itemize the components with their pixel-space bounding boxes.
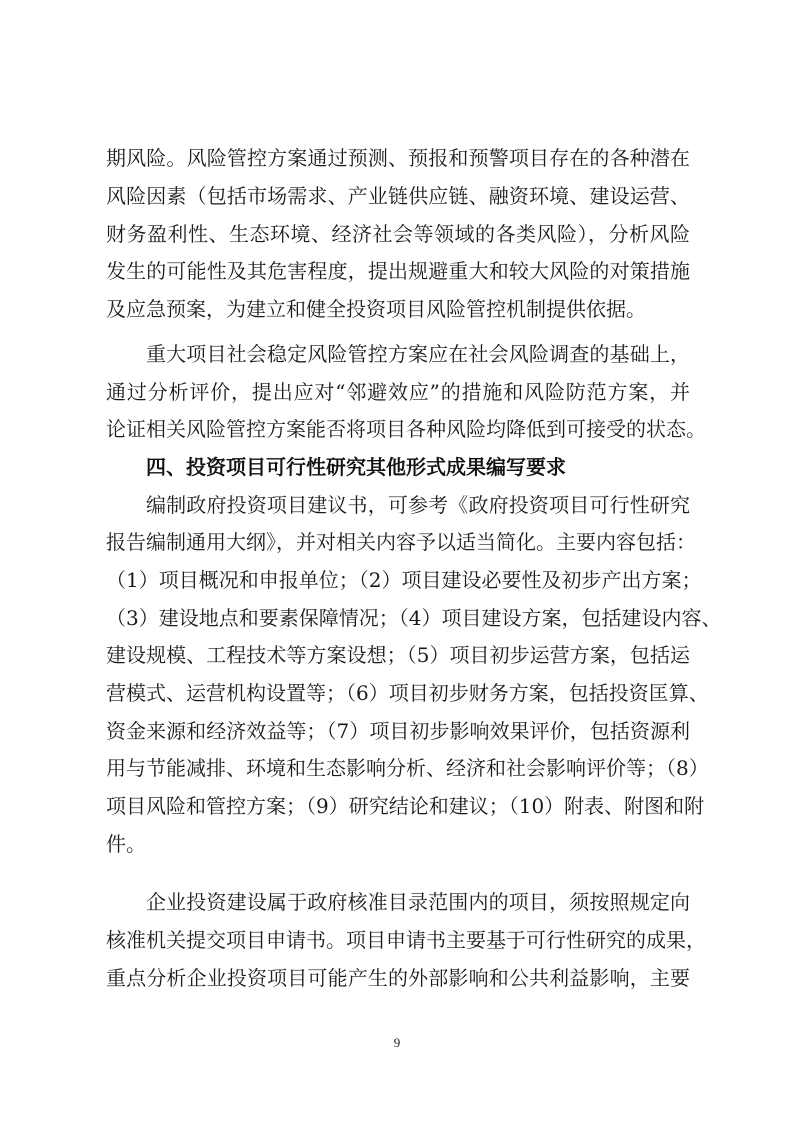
section-heading: 四、投资项目可行性研究其他形式成果编写要求: [146, 452, 566, 482]
paragraph-3-line-5: 建设规模、工程技术等方案设想；（5）项目初步运营方案，包括运: [106, 640, 690, 670]
paragraph-3-line-1: 编制政府投资项目建议书，可参考《政府投资项目可行性研究: [146, 490, 690, 520]
paragraph-2-line-1: 重大项目社会稳定风险管控方案应在社会风险调查的基础上，: [146, 339, 690, 369]
paragraph-4-line-2: 核准机关提交项目申请书。项目申请书主要基于可行性研究的成果，: [106, 925, 690, 955]
paragraph-3-line-6: 营模式、运营机构设置等；（6）项目初步财务方案，包括投资匡算、: [106, 678, 690, 708]
page-number: 9: [0, 1035, 794, 1051]
paragraph-4-line-1: 企业投资建设属于政府核准目录范围内的项目，须按照规定向: [146, 887, 690, 917]
paragraph-1-line-4: 发生的可能性及其危害程度，提出规避重大和较大风险的对策措施: [106, 256, 690, 286]
paragraph-1-line-5: 及应急预案，为建立和健全投资项目风险管控机制提供依据。: [106, 294, 690, 324]
paragraph-1-line-1: 期风险。风险管控方案通过预测、预报和预警项目存在的各种潜在: [106, 143, 690, 173]
paragraph-3-line-2: 报告编制通用大纲》，并对相关内容予以适当简化。主要内容包括：: [106, 527, 690, 557]
paragraph-2-line-2: 通过分析评价，提出应对“邻避效应”的措施和风险防范方案，并: [106, 377, 690, 407]
paragraph-3-line-10: 件。: [106, 829, 690, 859]
paragraph-1-line-3: 财务盈利性、生态环境、经济社会等领域的各类风险），分析风险: [106, 219, 690, 249]
paragraph-4-line-3: 重点分析企业投资项目可能产生的外部影响和公共利益影响，主要: [106, 963, 690, 993]
paragraph-3-line-3: （1）项目概况和申报单位；（2）项目建设必要性及初步产出方案；: [106, 565, 690, 595]
paragraph-2-line-3: 论证相关风险管控方案能否将项目各种风险均降低到可接受的状态。: [106, 414, 690, 444]
paragraph-3-line-8: 用与节能减排、环境和生态影响分析、经济和社会影响评价等；（8）: [106, 753, 690, 783]
paragraph-3-line-9: 项目风险和管控方案；（9）研究结论和建议；（10）附表、附图和附: [106, 791, 690, 821]
paragraph-3-line-4: （3）建设地点和要素保障情况；（4）项目建设方案，包括建设内容、: [106, 603, 690, 633]
paragraph-1-line-2: 风险因素（包括市场需求、产业链供应链、融资环境、建设运营、: [106, 181, 690, 211]
document-page: 期风险。风险管控方案通过预测、预报和预警项目存在的各种潜在 风险因素（包括市场需…: [0, 0, 794, 1123]
paragraph-3-line-7: 资金来源和经济效益等；（7）项目初步影响效果评价，包括资源利: [106, 716, 690, 746]
